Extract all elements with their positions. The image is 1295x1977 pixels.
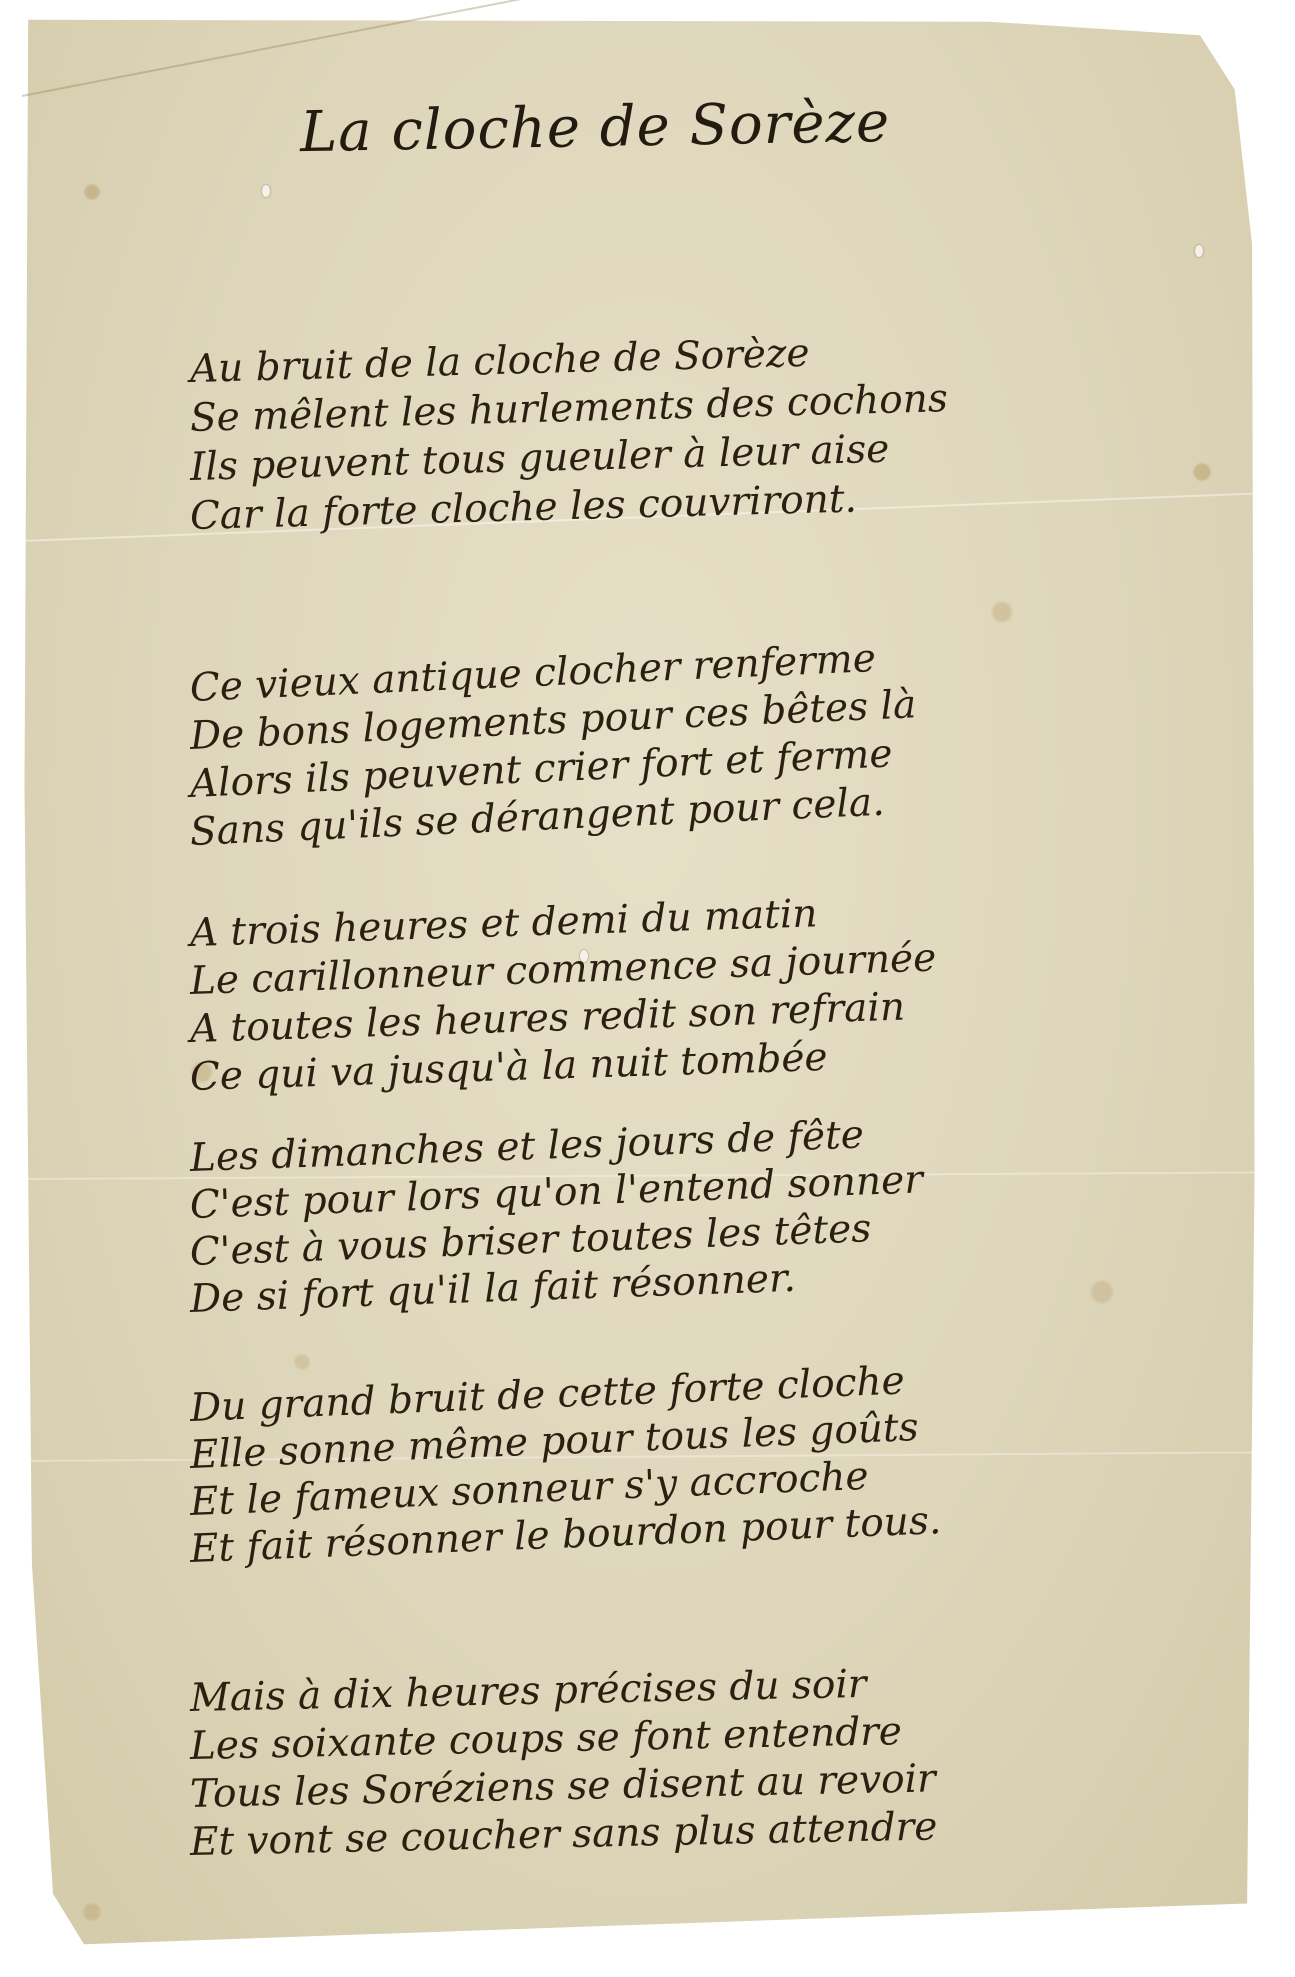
stanza-3: A trois heures et demi du matin Le caril…	[190, 910, 1050, 1102]
stanza-6: Mais à dix heures précises du soir Les s…	[190, 1675, 1050, 1867]
stanza-5: Du grand bruit de cette forte cloche Ell…	[190, 1385, 1050, 1573]
poem-title: La cloche de Sorèze	[299, 90, 890, 165]
stanza-4: Les dimanches et les jours de fête C'est…	[190, 1135, 1050, 1323]
stanza-2: Ce vieux antique clocher renferme De bon…	[190, 665, 1050, 857]
paper-hole	[1195, 245, 1203, 257]
paper-hole	[262, 185, 270, 197]
stanza-1: Au bruit de la cloche de Sorèze Se mêlen…	[190, 345, 1050, 541]
